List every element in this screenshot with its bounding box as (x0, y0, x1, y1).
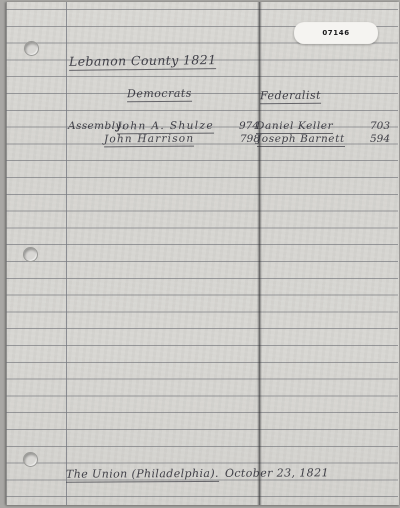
federalist-candidate-1: Daniel Keller (256, 120, 333, 134)
federalist-votes-1: 703 (366, 120, 390, 132)
punch-hole-bottom (23, 452, 38, 467)
democrat-candidate-2: John Harrison (104, 133, 194, 148)
page-title-text: Lebanon County 1821 (69, 52, 217, 71)
citation-date: October 23, 1821 (225, 466, 329, 480)
catalog-number-label: 07146 (294, 22, 378, 44)
page-title: Lebanon County 1821 (69, 52, 217, 71)
punch-hole-top (24, 41, 39, 56)
punch-hole-middle (23, 247, 38, 262)
notebook-page (6, 2, 399, 505)
margin-line (66, 2, 67, 505)
scanned-page: 07146 Lebanon County 1821 Democrats Fede… (0, 0, 400, 508)
citation-source: The Union (Philadelphia). (66, 467, 219, 483)
column-header-democrats: Democrats (127, 87, 192, 103)
source-citation: The Union (Philadelphia).October 23, 182… (66, 466, 329, 482)
page-crease (257, 2, 262, 505)
federalist-votes-2: 594 (366, 133, 390, 145)
catalog-number: 07146 (322, 29, 349, 37)
federalist-candidate-2: Joseph Barnett (257, 133, 345, 147)
column-header-federalist: Federalist (260, 89, 321, 105)
